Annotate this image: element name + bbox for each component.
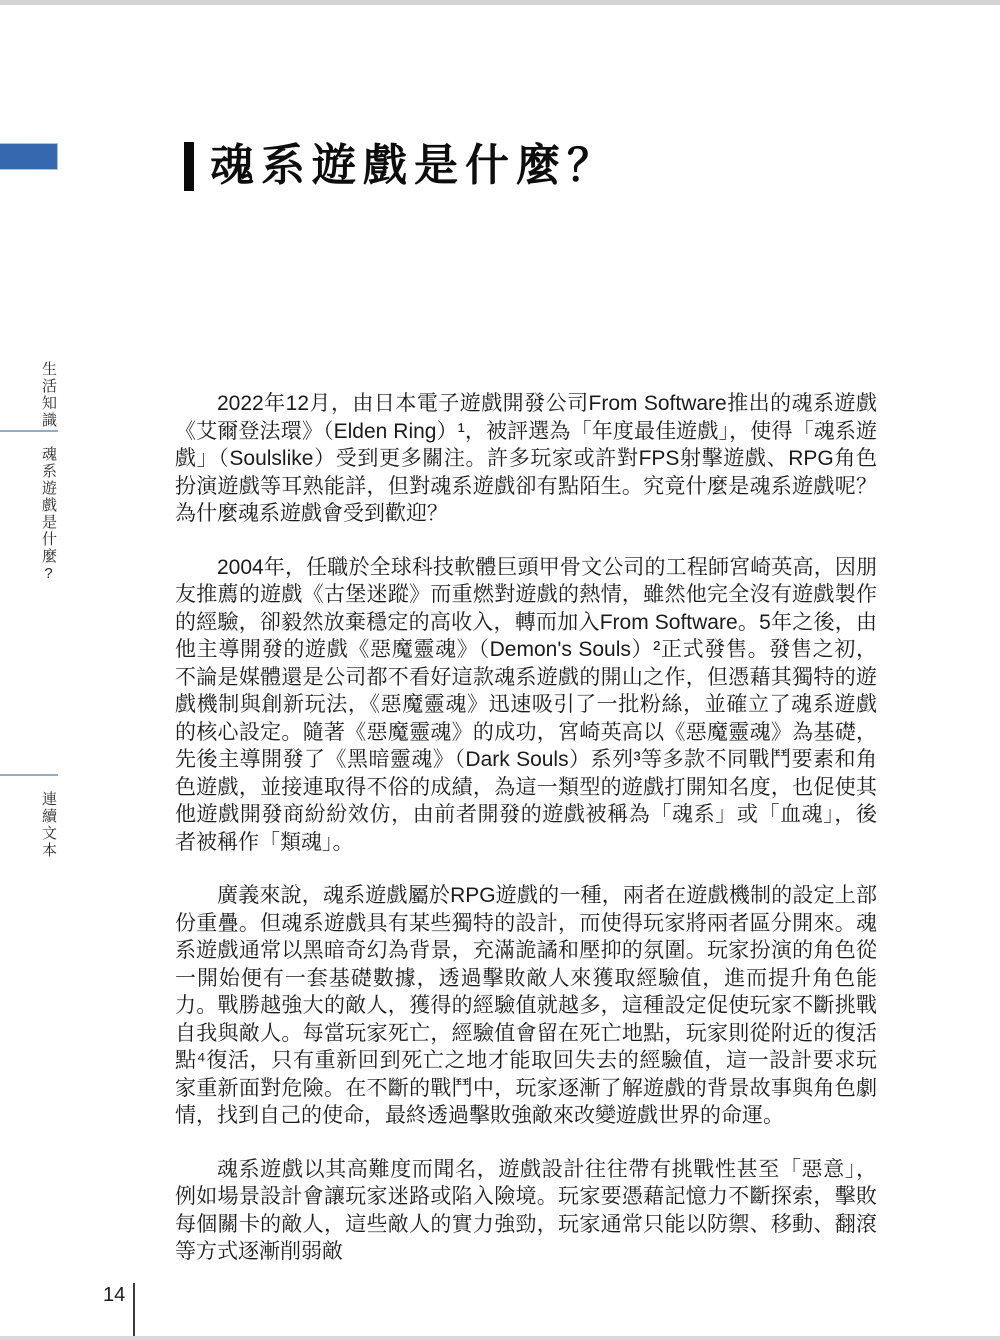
page-number: 14 — [103, 1284, 125, 1307]
sidebar-divider-top — [0, 430, 58, 432]
article-paragraph-3: 廣義來說，魂系遊戲屬於RPG遊戲的一種，兩者在遊戲機制的設定上部份重疊。但魂系遊… — [175, 882, 877, 1130]
article-paragraph-1: 2022年12月，由日本電子遊戲開發公司From Software推出的魂系遊戲… — [175, 390, 877, 528]
footer-divider-line — [133, 1283, 135, 1340]
accent-rectangle — [0, 144, 57, 169]
sidebar-section-label: 連續文本 — [41, 791, 56, 859]
article-paragraph-2: 2004年，任職於全球科技軟體巨頭甲骨文公司的工程師宮崎英高，因朋友推薦的遊戲《… — [175, 554, 877, 857]
article-paragraph-4: 魂系遊戲以其高難度而聞名，遊戲設計往往帶有挑戰性甚至「惡意」，例如場景設計會讓玩… — [175, 1156, 877, 1266]
sidebar-divider-bottom — [0, 774, 58, 776]
sidebar-category-label: 生活知識 — [41, 361, 56, 429]
sidebar-chapter-label: 魂系遊戲是什麼? — [41, 446, 56, 584]
article-body: 2022年12月，由日本電子遊戲開發公司From Software推出的魂系遊戲… — [175, 390, 877, 1292]
page-title: 魂系遊戲是什麼？ — [210, 144, 618, 188]
chapter-title-row: 魂系遊戲是什麼？ — [184, 140, 618, 192]
scan-top-edge — [0, 0, 1000, 5]
scan-bottom-edge — [0, 1336, 1000, 1340]
title-accent-bar — [184, 142, 194, 191]
